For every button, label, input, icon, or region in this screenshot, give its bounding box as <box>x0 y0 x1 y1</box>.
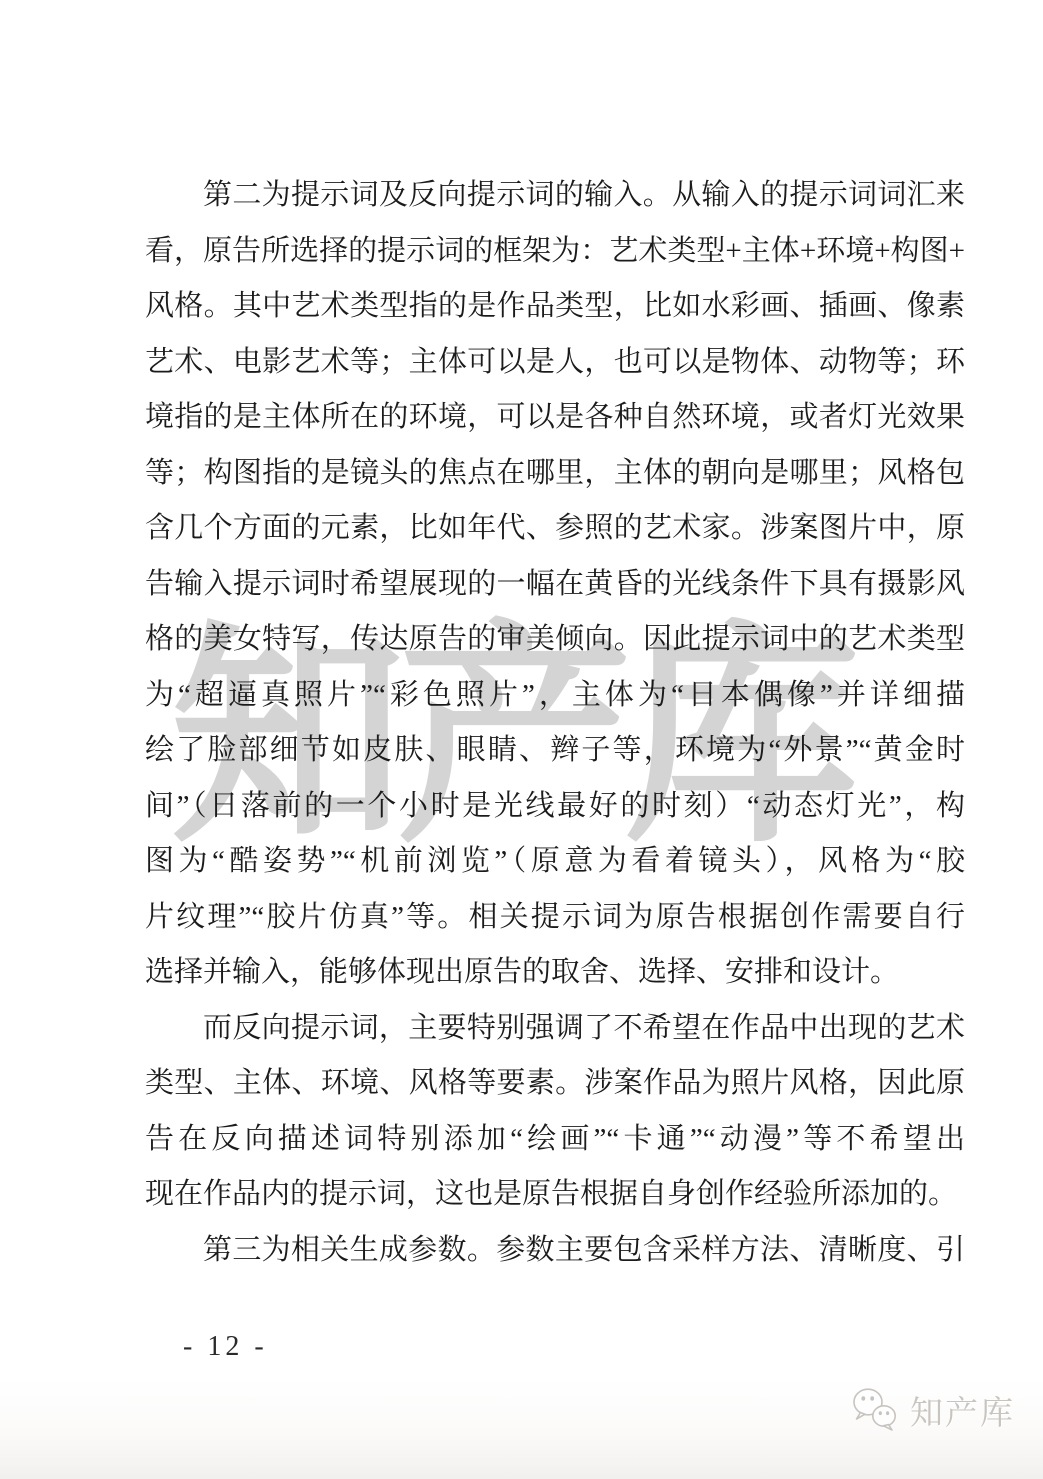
text-line: 告在反向描述词特别添加“绘画”“卡通”“动漫”等不希望出 <box>145 1112 965 1168</box>
text-line: 间”（日落前的一个小时是光线最好的时刻）“动态灯光”，构 <box>145 779 965 835</box>
text-line: 境指的是主体所在的环境，可以是各种自然环境，或者灯光效果 <box>145 390 965 446</box>
text-line: 片纹理”“胶片仿真”等。相关提示词为原告根据创作需要自行 <box>145 890 965 946</box>
text-line: 图为“酷姿势”“机前浏览”（原意为看着镜头），风格为“胶 <box>145 834 965 890</box>
page-number: - 12 - <box>183 1330 268 1364</box>
footer: 知产库 <box>0 1379 1043 1479</box>
document-page: 知产库 第二为提示词及反向提示词的输入。从输入的提示词词汇来看，原告所选择的提示… <box>0 0 1043 1479</box>
text-line: 而反向提示词，主要特别强调了不希望在作品中出现的艺术 <box>145 1001 965 1057</box>
text-line: 第二为提示词及反向提示词的输入。从输入的提示词词汇来 <box>145 168 965 224</box>
text-line: 现在作品内的提示词，这也是原告根据自身创作经验所添加的。 <box>145 1167 965 1223</box>
text-line: 风格。其中艺术类型指的是作品类型，比如水彩画、插画、像素 <box>145 279 965 335</box>
text-line: 选择并输入，能够体现出原告的取舍、选择、安排和设计。 <box>145 945 965 1001</box>
wechat-icon <box>851 1387 901 1438</box>
text-line: 第三为相关生成参数。参数主要包含采样方法、清晰度、引 <box>145 1223 965 1279</box>
body-text: 第二为提示词及反向提示词的输入。从输入的提示词词汇来看，原告所选择的提示词的框架… <box>145 168 965 1278</box>
text-line: 绘了脸部细节如皮肤、眼睛、辫子等，环境为“外景”“黄金时 <box>145 723 965 779</box>
text-line: 格的美女特写，传达原告的审美倾向。因此提示词中的艺术类型 <box>145 612 965 668</box>
brand-label: 知产库 <box>910 1391 1015 1435</box>
text-line: 含几个方面的元素，比如年代、参照的艺术家。涉案图片中，原 <box>145 501 965 557</box>
text-line: 看，原告所选择的提示词的框架为：艺术类型+主体+环境+构图+ <box>145 224 965 280</box>
text-line: 为“超逼真照片”“彩色照片”，主体为“日本偶像”并详细描 <box>145 668 965 724</box>
brand-logo: 知产库 <box>851 1387 1015 1438</box>
text-line: 告输入提示词时希望展现的一幅在黄昏的光线条件下具有摄影风 <box>145 557 965 613</box>
text-line: 艺术、电影艺术等；主体可以是人，也可以是物体、动物等；环 <box>145 335 965 391</box>
text-line: 类型、主体、环境、风格等要素。涉案作品为照片风格，因此原 <box>145 1056 965 1112</box>
text-line: 等；构图指的是镜头的焦点在哪里，主体的朝向是哪里；风格包 <box>145 446 965 502</box>
